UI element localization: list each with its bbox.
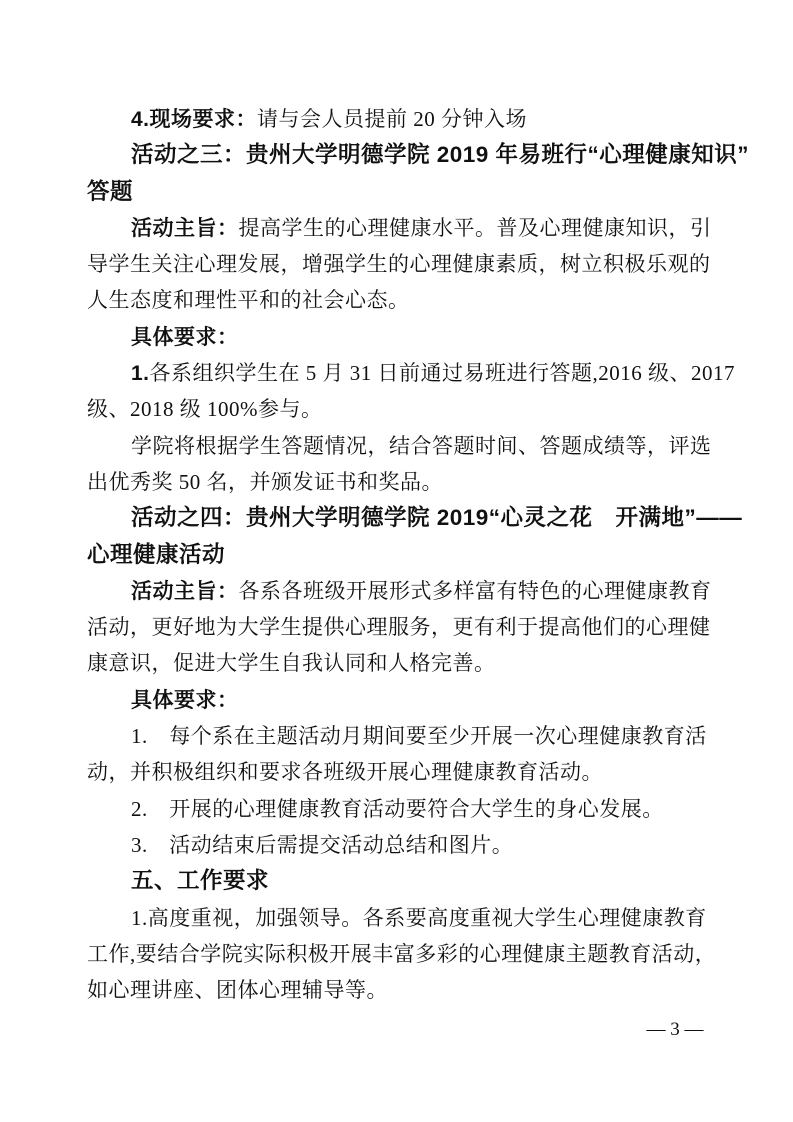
text-run: 动，并积极组织和要求各班级开展心理健康教育活动。 — [87, 760, 603, 784]
text-run: 活动之三：贵州大学明德学院 2019 年易班行“心理健康知识” — [131, 142, 749, 167]
doc-line: 动，并积极组织和要求各班级开展心理健康教育活动。 — [87, 754, 713, 790]
doc-line: 级、2018 级 100%参与。 — [87, 391, 713, 427]
text-run: 各系组织学生在 5 月 31 日前通过易班进行答题,2016 级、2017 — [150, 361, 736, 385]
text-run: 各系各班级开展形式多样富有特色的心理健康教育 — [239, 579, 712, 603]
doc-line: 活动之三：贵州大学明德学院 2019 年易班行“心理健康知识” — [87, 137, 713, 173]
doc-line: 答题 — [87, 174, 713, 210]
doc-line: 出优秀奖 50 名，并颁发证书和奖品。 — [87, 464, 713, 500]
doc-line: 3. 活动结束后需提交活动总结和图片。 — [87, 827, 713, 863]
doc-line: 2. 开展的心理健康教育活动要符合大学生的身心发展。 — [87, 791, 713, 827]
text-run: 提高学生的心理健康水平。普及心理健康知识，引 — [239, 216, 712, 240]
doc-line: 如心理讲座、团体心理辅导等。 — [87, 972, 713, 1008]
text-run: 心理健康活动 — [87, 542, 225, 567]
text-run: 请与会人员提前 20 分钟入场 — [257, 107, 527, 131]
text-run: 2. 开展的心理健康教育活动要符合大学生的身心发展。 — [131, 797, 664, 821]
doc-line: 人生态度和理性平和的社会心态。 — [87, 282, 713, 318]
doc-line: 导学生关注心理发展，增强学生的心理健康素质，树立积极乐观的 — [87, 246, 713, 282]
text-run: 活动主旨： — [131, 217, 239, 240]
doc-line: 活动主旨：各系各班级开展形式多样富有特色的心理健康教育 — [87, 573, 713, 609]
text-run: 导学生关注心理发展，增强学生的心理健康素质，树立积极乐观的 — [87, 252, 711, 276]
doc-line: 具体要求： — [87, 682, 713, 718]
doc-line: 心理健康活动 — [87, 537, 713, 573]
doc-line: 康意识，促进大学生自我认同和人格完善。 — [87, 645, 713, 681]
text-run: 1. 每个系在主题活动月期间要至少开展一次心理健康教育活 — [131, 724, 707, 748]
text-run: 活动，更好地为大学生提供心理服务，更有利于提高他们的心理健 — [87, 615, 711, 639]
text-run: 五、工作要求 — [131, 868, 269, 893]
text-run: 具体要求： — [131, 689, 239, 712]
doc-line: 五、工作要求 — [87, 863, 713, 899]
text-run: 人生态度和理性平和的社会心态。 — [87, 288, 410, 312]
text-run: 活动主旨： — [131, 580, 239, 603]
doc-line: 学院将根据学生答题情况，结合答题时间、答题成绩等，评选 — [87, 428, 713, 464]
doc-line: 活动，更好地为大学生提供心理服务，更有利于提高他们的心理健 — [87, 609, 713, 645]
doc-line: 活动主旨：提高学生的心理健康水平。普及心理健康知识，引 — [87, 210, 713, 246]
doc-line: 具体要求： — [87, 319, 713, 355]
text-run: 1.高度重视，加强领导。各系要高度重视大学生心理健康教育 — [131, 906, 707, 930]
text-run: 如心理讲座、团体心理辅导等。 — [87, 978, 388, 1002]
doc-line: 1.各系组织学生在 5 月 31 日前通过易班进行答题,2016 级、2017 — [87, 355, 713, 391]
text-run: 康意识，促进大学生自我认同和人格完善。 — [87, 651, 496, 675]
text-run: 1. — [131, 362, 150, 385]
text-run: 级、2018 级 100%参与。 — [87, 397, 323, 421]
doc-line: 活动之四：贵州大学明德学院 2019“心灵之花 开满地”—— — [87, 500, 713, 536]
text-run: 学院将根据学生答题情况，结合答题时间、答题成绩等，评选 — [131, 434, 712, 458]
text-run: 答题 — [87, 179, 133, 204]
doc-line: 1.高度重视，加强领导。各系要高度重视大学生心理健康教育 — [87, 900, 713, 936]
page-number: — 3 — — [600, 1018, 750, 1042]
text-run: 4.现场要求： — [131, 108, 257, 131]
doc-line: 工作,要结合学院实际积极开展丰富多彩的心理健康主题教育活动， — [87, 936, 713, 972]
text-run: 活动之四：贵州大学明德学院 2019“心灵之花 开满地”—— — [131, 505, 742, 530]
text-run: 工作,要结合学院实际积极开展丰富多彩的心理健康主题教育活动， — [87, 942, 716, 966]
text-run: 出优秀奖 50 名，并颁发证书和奖品。 — [87, 470, 443, 494]
document-page: 4.现场要求：请与会人员提前 20 分钟入场活动之三：贵州大学明德学院 2019… — [0, 0, 793, 1122]
document-body: 4.现场要求：请与会人员提前 20 分钟入场活动之三：贵州大学明德学院 2019… — [87, 101, 713, 1008]
text-run: 具体要求： — [131, 326, 239, 349]
text-run: 3. 活动结束后需提交活动总结和图片。 — [131, 833, 513, 857]
doc-line: 4.现场要求：请与会人员提前 20 分钟入场 — [87, 101, 713, 137]
doc-line: 1. 每个系在主题活动月期间要至少开展一次心理健康教育活 — [87, 718, 713, 754]
